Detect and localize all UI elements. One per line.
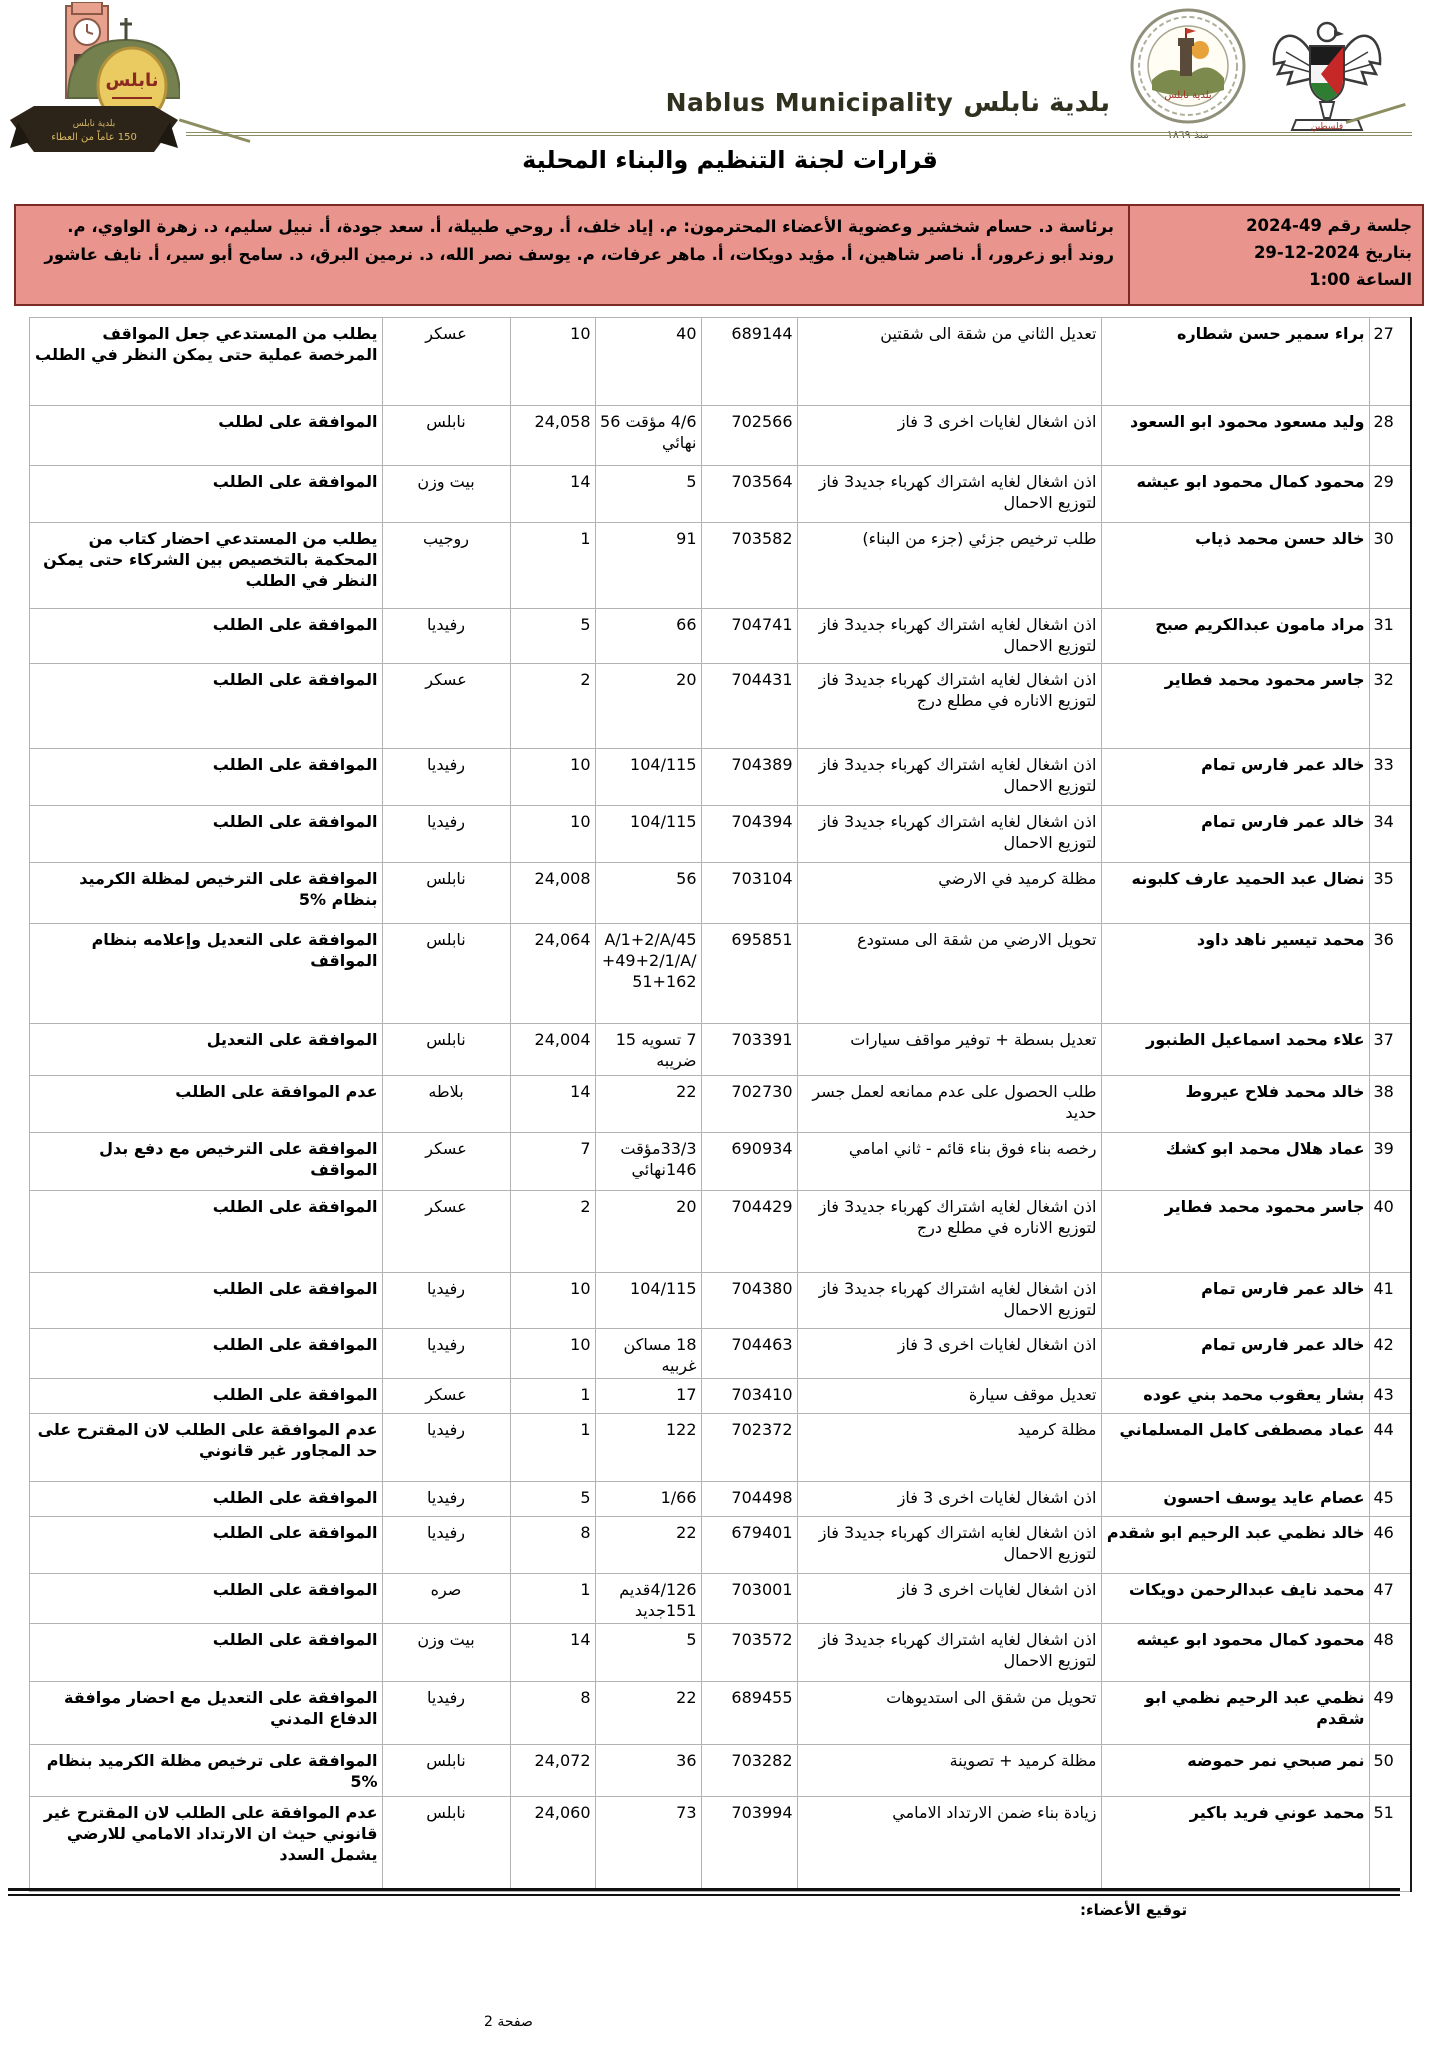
cell-num: 31 bbox=[1369, 609, 1411, 664]
cell-plot: 4/6 مؤقت 56 نهائي bbox=[595, 406, 701, 466]
cell-basin: 14 bbox=[510, 1076, 595, 1133]
cell-decision: عدم الموافقة على الطلب bbox=[29, 1076, 382, 1133]
cell-basin: 5 bbox=[510, 1482, 595, 1517]
svg-text:نابلس: نابلس bbox=[105, 70, 158, 91]
session-attendees: برئاسة د. حسام شخشير وعضوية الأعضاء المح… bbox=[16, 206, 1128, 304]
session-time: الساعة 1:00 bbox=[1136, 266, 1412, 293]
header-separator-line bbox=[186, 132, 1412, 136]
anniversary-tagline-top: بلدية نابلس bbox=[73, 119, 116, 129]
cell-request_no: 704389 bbox=[701, 749, 797, 806]
table-row: 36محمد تيسير ناهد داودتحويل الارضي من شق… bbox=[29, 924, 1411, 1024]
cell-num: 44 bbox=[1369, 1414, 1411, 1482]
cell-plot: 5 bbox=[595, 1624, 701, 1682]
cell-request_no: 703410 bbox=[701, 1379, 797, 1414]
cell-location: نابلس bbox=[382, 924, 510, 1024]
cell-subject: مظلة كرميد + تصوينة bbox=[797, 1745, 1101, 1797]
cell-request_no: 704429 bbox=[701, 1191, 797, 1273]
cell-location: عسكر bbox=[382, 1133, 510, 1191]
cell-basin: 10 bbox=[510, 1273, 595, 1329]
cell-name: بشار يعقوب محمد بني عوده bbox=[1101, 1379, 1369, 1414]
cell-location: رفيديا bbox=[382, 1273, 510, 1329]
cell-subject: اذن اشغال لغايات اخرى 3 فاز bbox=[797, 1574, 1101, 1624]
nablus-municipality-seal-icon: بلدية نابلس منذ ١٨٦٩ bbox=[1112, 6, 1264, 144]
cell-request_no: 703001 bbox=[701, 1574, 797, 1624]
cell-name: علاء محمد اسماعيل الطنبور bbox=[1101, 1024, 1369, 1076]
cell-request_no: 703994 bbox=[701, 1797, 797, 1892]
cell-num: 32 bbox=[1369, 664, 1411, 749]
session-date: بتاريخ 2024-12-29 bbox=[1136, 239, 1412, 266]
cell-decision: الموافقة على الطلب bbox=[29, 664, 382, 749]
municipality-brand: Nablus Municipality بلدية نابلس bbox=[610, 88, 1110, 118]
cell-basin: 14 bbox=[510, 466, 595, 523]
cell-subject: رخصه بناء فوق بناء قائم - ثاني امامي bbox=[797, 1133, 1101, 1191]
cell-name: وليد مسعود محمود ابو السعود bbox=[1101, 406, 1369, 466]
table-row: 43بشار يعقوب محمد بني عودهتعديل موقف سيا… bbox=[29, 1379, 1411, 1414]
cell-basin: 10 bbox=[510, 1329, 595, 1379]
svg-text:بلدية نابلس: بلدية نابلس bbox=[1164, 90, 1211, 101]
cell-subject: اذن اشغال لغايه اشتراك كهرباء جديد3 فاز … bbox=[797, 609, 1101, 664]
cell-decision: يطلب من المستدعي احضار كتاب من المحكمة ب… bbox=[29, 523, 382, 609]
cell-num: 29 bbox=[1369, 466, 1411, 523]
table-row: 29محمود كمال محمود ابو عيشهاذن اشغال لغا… bbox=[29, 466, 1411, 523]
bottom-double-rule bbox=[8, 1888, 1400, 1896]
cell-num: 30 bbox=[1369, 523, 1411, 609]
cell-basin: 14 bbox=[510, 1624, 595, 1682]
cell-subject: اذن اشغال لغايات اخرى 3 فاز bbox=[797, 406, 1101, 466]
cell-num: 51 bbox=[1369, 1797, 1411, 1892]
cell-decision: الموافقة على لطلب bbox=[29, 406, 382, 466]
cell-location: نابلس bbox=[382, 406, 510, 466]
cell-name: خالد محمد فلاح عيروط bbox=[1101, 1076, 1369, 1133]
decisions-table: 27براء سمير حسن شطارهتعديل الثاني من شقة… bbox=[29, 317, 1413, 1892]
decisions-table-wrap: 27براء سمير حسن شطارهتعديل الثاني من شقة… bbox=[30, 317, 1412, 1892]
cell-num: 36 bbox=[1369, 924, 1411, 1024]
cell-subject: طلب الحصول على عدم ممانعه لعمل جسر حديد bbox=[797, 1076, 1101, 1133]
cell-decision: الموافقة على التعديل مع احضار موافقة الد… bbox=[29, 1682, 382, 1745]
cell-name: خالد عمر فارس تمام bbox=[1101, 1329, 1369, 1379]
cell-basin: 8 bbox=[510, 1517, 595, 1574]
cell-location: رفيديا bbox=[382, 749, 510, 806]
cell-num: 41 bbox=[1369, 1273, 1411, 1329]
cell-decision: عدم الموافقة على الطلب لان المقترح على ح… bbox=[29, 1414, 382, 1482]
table-row: 45عصام عايد يوسف احسوناذن اشغال لغايات ا… bbox=[29, 1482, 1411, 1517]
session-number: جلسة رقم 49-2024 bbox=[1136, 212, 1412, 239]
cell-num: 49 bbox=[1369, 1682, 1411, 1745]
cell-decision: الموافقة على الترخيص لمظلة الكرميد بنظام… bbox=[29, 863, 382, 924]
table-row: 40جاسر محمود محمد فطايراذن اشغال لغايه ا… bbox=[29, 1191, 1411, 1273]
cell-num: 37 bbox=[1369, 1024, 1411, 1076]
cell-subject: تعديل بسطة + توفير مواقف سيارات bbox=[797, 1024, 1101, 1076]
cell-basin: 2 bbox=[510, 664, 595, 749]
cell-subject: طلب ترخيص جزئي (جزء من البناء) bbox=[797, 523, 1101, 609]
cell-subject: اذن اشغال لغايه اشتراك كهرباء جديد3 فاز … bbox=[797, 1191, 1101, 1273]
cell-plot: 73 bbox=[595, 1797, 701, 1892]
cell-request_no: 689144 bbox=[701, 318, 797, 406]
cell-name: محمود كمال محمود ابو عيشه bbox=[1101, 466, 1369, 523]
cell-decision: الموافقة على الطلب bbox=[29, 1379, 382, 1414]
cell-num: 42 bbox=[1369, 1329, 1411, 1379]
cell-num: 46 bbox=[1369, 1517, 1411, 1574]
cell-request_no: 703582 bbox=[701, 523, 797, 609]
cell-num: 47 bbox=[1369, 1574, 1411, 1624]
cell-num: 35 bbox=[1369, 863, 1411, 924]
session-info-bar: جلسة رقم 49-2024 بتاريخ 2024-12-29 الساع… bbox=[14, 204, 1424, 306]
cell-location: عسكر bbox=[382, 1379, 510, 1414]
cell-plot: 66 bbox=[595, 609, 701, 664]
cell-num: 48 bbox=[1369, 1624, 1411, 1682]
cell-decision: الموافقة على الطلب bbox=[29, 1273, 382, 1329]
signature-label: توقيع الأعضاء: bbox=[1040, 1901, 1400, 1919]
session-meta: جلسة رقم 49-2024 بتاريخ 2024-12-29 الساع… bbox=[1128, 206, 1422, 304]
cell-location: عسكر bbox=[382, 664, 510, 749]
cell-decision: الموافقة على الطلب bbox=[29, 466, 382, 523]
cell-subject: اذن اشغال لغايه اشتراك كهرباء جديد3 فاز … bbox=[797, 1624, 1101, 1682]
cell-request_no: 690934 bbox=[701, 1133, 797, 1191]
cell-name: عماد هلال محمد ابو كشك bbox=[1101, 1133, 1369, 1191]
cell-decision: الموافقة على الطلب bbox=[29, 806, 382, 863]
cell-plot: 104/115 bbox=[595, 806, 701, 863]
table-row: 27براء سمير حسن شطارهتعديل الثاني من شقة… bbox=[29, 318, 1411, 406]
cell-subject: مظلة كرميد bbox=[797, 1414, 1101, 1482]
cell-subject: اذن اشغال لغايات اخرى 3 فاز bbox=[797, 1482, 1101, 1517]
cell-plot: 122 bbox=[595, 1414, 701, 1482]
cell-basin: 24,008 bbox=[510, 863, 595, 924]
cell-plot: 17 bbox=[595, 1379, 701, 1414]
cell-name: نمر صبحي نمر حموضه bbox=[1101, 1745, 1369, 1797]
cell-basin: 10 bbox=[510, 749, 595, 806]
cell-decision: الموافقة على التعديل وإعلامه بنظام الموا… bbox=[29, 924, 382, 1024]
page-number: صفحة 2 bbox=[484, 2014, 533, 2030]
cell-location: رفيديا bbox=[382, 609, 510, 664]
cell-name: مراد مامون عبدالكريم صبح bbox=[1101, 609, 1369, 664]
cell-num: 34 bbox=[1369, 806, 1411, 863]
cell-request_no: 702566 bbox=[701, 406, 797, 466]
cell-decision: الموافقة على الترخيص مع دفع بدل المواقف bbox=[29, 1133, 382, 1191]
table-row: 44عماد مصطفى كامل المسلمانيمظلة كرميد702… bbox=[29, 1414, 1411, 1482]
cell-name: نضال عبد الحميد عارف كلبونه bbox=[1101, 863, 1369, 924]
cell-subject: اذن اشغال لغايه اشتراك كهرباء جديد3 فاز … bbox=[797, 466, 1101, 523]
table-row: 46خالد نظمي عبد الرحيم ابو شقدماذن اشغال… bbox=[29, 1517, 1411, 1574]
cell-name: عماد مصطفى كامل المسلماني bbox=[1101, 1414, 1369, 1482]
table-row: 48محمود كمال محمود ابو عيشهاذن اشغال لغا… bbox=[29, 1624, 1411, 1682]
cell-location: نابلس bbox=[382, 1024, 510, 1076]
cell-plot: 33/3مؤقت 146نهائي bbox=[595, 1133, 701, 1191]
cell-request_no: 704380 bbox=[701, 1273, 797, 1329]
table-row: 39عماد هلال محمد ابو كشكرخصه بناء فوق بن… bbox=[29, 1133, 1411, 1191]
cell-request_no: 703104 bbox=[701, 863, 797, 924]
cell-plot: 36 bbox=[595, 1745, 701, 1797]
cell-plot: 20 bbox=[595, 664, 701, 749]
table-row: 35نضال عبد الحميد عارف كلبونهمظلة كرميد … bbox=[29, 863, 1411, 924]
cell-plot: 22 bbox=[595, 1517, 701, 1574]
cell-request_no: 702372 bbox=[701, 1414, 797, 1482]
table-row: 37علاء محمد اسماعيل الطنبورتعديل بسطة + … bbox=[29, 1024, 1411, 1076]
cell-location: بيت وزن bbox=[382, 466, 510, 523]
cell-decision: الموافقة على الطلب bbox=[29, 1517, 382, 1574]
cell-decision: الموافقة على الطلب bbox=[29, 609, 382, 664]
table-row: 51محمد عوني فريد باكيرزيادة بناء ضمن الا… bbox=[29, 1797, 1411, 1892]
cell-location: صره bbox=[382, 1574, 510, 1624]
cell-plot: 56 bbox=[595, 863, 701, 924]
cell-basin: 1 bbox=[510, 1379, 595, 1414]
cell-basin: 8 bbox=[510, 1682, 595, 1745]
cell-name: محمود كمال محمود ابو عيشه bbox=[1101, 1624, 1369, 1682]
cell-plot: 40 bbox=[595, 318, 701, 406]
cell-request_no: 695851 bbox=[701, 924, 797, 1024]
cell-request_no: 702730 bbox=[701, 1076, 797, 1133]
cell-decision: الموافقة على ترخيص مظلة الكرميد بنظام %5 bbox=[29, 1745, 382, 1797]
anniversary-150-logo: 15 نابلس بلدية نابلس 150 عاماً من العطاء bbox=[8, 2, 180, 154]
cell-request_no: 704431 bbox=[701, 664, 797, 749]
cell-num: 33 bbox=[1369, 749, 1411, 806]
cell-location: بلاطه bbox=[382, 1076, 510, 1133]
cell-request_no: 703282 bbox=[701, 1745, 797, 1797]
cell-subject: اذن اشغال لغايه اشتراك كهرباء جديد3 فاز … bbox=[797, 1273, 1101, 1329]
cell-subject: تعديل الثاني من شقة الى شقتين bbox=[797, 318, 1101, 406]
cell-decision: الموافقة على الطلب bbox=[29, 1574, 382, 1624]
cell-basin: 24,072 bbox=[510, 1745, 595, 1797]
cell-location: نابلس bbox=[382, 863, 510, 924]
cell-name: محمد عوني فريد باكير bbox=[1101, 1797, 1369, 1892]
cell-plot: 1/66 bbox=[595, 1482, 701, 1517]
table-row: 32جاسر محمود محمد فطايراذن اشغال لغايه ا… bbox=[29, 664, 1411, 749]
cell-basin: 24,004 bbox=[510, 1024, 595, 1076]
cell-basin: 5 bbox=[510, 609, 595, 664]
cell-location: عسكر bbox=[382, 318, 510, 406]
cell-plot: 22 bbox=[595, 1682, 701, 1745]
cell-location: روجيب bbox=[382, 523, 510, 609]
anniversary-150-icon: 15 نابلس بلدية نابلس 150 عاماً من العطاء bbox=[8, 2, 180, 154]
document-page: 15 نابلس بلدية نابلس 150 عاماً من العطاء… bbox=[0, 0, 1439, 2048]
cell-decision: الموافقة على الطلب bbox=[29, 1329, 382, 1379]
cell-num: 40 bbox=[1369, 1191, 1411, 1273]
table-row: 34خالد عمر فارس تماماذن اشغال لغايه اشتر… bbox=[29, 806, 1411, 863]
cell-location: نابلس bbox=[382, 1797, 510, 1892]
cell-name: محمد تيسير ناهد داود bbox=[1101, 924, 1369, 1024]
cell-decision: الموافقة على الطلب bbox=[29, 1624, 382, 1682]
cell-subject: اذن اشغال لغايه اشتراك كهرباء جديد3 فاز … bbox=[797, 664, 1101, 749]
cell-request_no: 703564 bbox=[701, 466, 797, 523]
cell-basin: 24,060 bbox=[510, 1797, 595, 1892]
cell-plot: A/1+2/A/45+49+2/1/A/51+162 bbox=[595, 924, 701, 1024]
cell-plot: 18 مساكن غربيه bbox=[595, 1329, 701, 1379]
cell-decision: الموافقة على التعديل bbox=[29, 1024, 382, 1076]
cell-subject: تعديل موقف سيارة bbox=[797, 1379, 1101, 1414]
cell-name: جاسر محمود محمد فطاير bbox=[1101, 1191, 1369, 1273]
cell-num: 28 bbox=[1369, 406, 1411, 466]
page-title: قرارات لجنة التنظيم والبناء المحلية bbox=[390, 146, 1070, 174]
header-separator-diagonal-left bbox=[179, 118, 251, 143]
brand-english: Nablus Municipality bbox=[666, 88, 954, 117]
cell-basin: 24,058 bbox=[510, 406, 595, 466]
brand-arabic: بلدية نابلس bbox=[963, 88, 1110, 118]
cell-location: رفيديا bbox=[382, 1414, 510, 1482]
cell-request_no: 689455 bbox=[701, 1682, 797, 1745]
cell-request_no: 679401 bbox=[701, 1517, 797, 1574]
table-row: 28وليد مسعود محمود ابو السعوداذن اشغال ل… bbox=[29, 406, 1411, 466]
cell-num: 45 bbox=[1369, 1482, 1411, 1517]
cell-name: خالد عمر فارس تمام bbox=[1101, 1273, 1369, 1329]
cell-location: نابلس bbox=[382, 1745, 510, 1797]
cell-decision: الموافقة على الطلب bbox=[29, 1191, 382, 1273]
cell-subject: مظلة كرميد في الارضي bbox=[797, 863, 1101, 924]
cell-plot: 5 bbox=[595, 466, 701, 523]
cell-subject: اذن اشغال لغايه اشتراك كهرباء جديد3 فاز … bbox=[797, 806, 1101, 863]
cell-decision: عدم الموافقة على الطلب لان المقترح غير ق… bbox=[29, 1797, 382, 1892]
cell-num: 43 bbox=[1369, 1379, 1411, 1414]
cell-basin: 1 bbox=[510, 1574, 595, 1624]
cell-plot: 104/115 bbox=[595, 749, 701, 806]
cell-basin: 24,064 bbox=[510, 924, 595, 1024]
cell-name: نظمي عبد الرحيم نظمي ابو شقدم bbox=[1101, 1682, 1369, 1745]
cell-name: محمد نايف عبدالرحمن دويكات bbox=[1101, 1574, 1369, 1624]
cell-request_no: 704498 bbox=[701, 1482, 797, 1517]
cell-request_no: 703391 bbox=[701, 1024, 797, 1076]
svg-text:فلسطين: فلسطين bbox=[1311, 122, 1343, 132]
table-row: 42خالد عمر فارس تماماذن اشغال لغايات اخر… bbox=[29, 1329, 1411, 1379]
cell-decision: الموافقة على الطلب bbox=[29, 749, 382, 806]
cell-basin: 7 bbox=[510, 1133, 595, 1191]
cell-name: خالد حسن محمد ذياب bbox=[1101, 523, 1369, 609]
cell-decision: يطلب من المستدعي جعل المواقف المرخصة عمل… bbox=[29, 318, 382, 406]
cell-num: 50 bbox=[1369, 1745, 1411, 1797]
cell-basin: 1 bbox=[510, 1414, 595, 1482]
cell-name: خالد عمر فارس تمام bbox=[1101, 749, 1369, 806]
svg-text:15: 15 bbox=[8, 46, 10, 132]
decisions-table-body: 27براء سمير حسن شطارهتعديل الثاني من شقة… bbox=[29, 318, 1411, 1892]
cell-location: رفيديا bbox=[382, 1482, 510, 1517]
cell-location: عسكر bbox=[382, 1191, 510, 1273]
cell-request_no: 704463 bbox=[701, 1329, 797, 1379]
cell-subject: تحويل الارضي من شقة الى مستودع bbox=[797, 924, 1101, 1024]
cell-basin: 10 bbox=[510, 318, 595, 406]
cell-name: خالد عمر فارس تمام bbox=[1101, 806, 1369, 863]
cell-subject: اذن اشغال لغايه اشتراك كهرباء جديد3 فاز … bbox=[797, 749, 1101, 806]
table-row: 50نمر صبحي نمر حموضهمظلة كرميد + تصوينة7… bbox=[29, 1745, 1411, 1797]
cell-request_no: 703572 bbox=[701, 1624, 797, 1682]
cell-subject: اذن اشغال لغايات اخرى 3 فاز bbox=[797, 1329, 1101, 1379]
table-row: 41خالد عمر فارس تماماذن اشغال لغايه اشتر… bbox=[29, 1273, 1411, 1329]
cell-location: رفيديا bbox=[382, 806, 510, 863]
cell-basin: 1 bbox=[510, 523, 595, 609]
cell-decision: الموافقة على الطلب bbox=[29, 1482, 382, 1517]
cell-plot: 22 bbox=[595, 1076, 701, 1133]
cell-request_no: 704394 bbox=[701, 806, 797, 863]
cell-request_no: 704741 bbox=[701, 609, 797, 664]
cell-location: رفيديا bbox=[382, 1682, 510, 1745]
cell-plot: 104/115 bbox=[595, 1273, 701, 1329]
table-row: 38خالد محمد فلاح عيروططلب الحصول على عدم… bbox=[29, 1076, 1411, 1133]
cell-num: 39 bbox=[1369, 1133, 1411, 1191]
cell-name: خالد نظمي عبد الرحيم ابو شقدم bbox=[1101, 1517, 1369, 1574]
table-row: 47محمد نايف عبدالرحمن دويكاتاذن اشغال لغ… bbox=[29, 1574, 1411, 1624]
cell-basin: 10 bbox=[510, 806, 595, 863]
table-row: 31مراد مامون عبدالكريم صبحاذن اشغال لغاي… bbox=[29, 609, 1411, 664]
table-row: 30خالد حسن محمد ذيابطلب ترخيص جزئي (جزء … bbox=[29, 523, 1411, 609]
table-row: 49نظمي عبد الرحيم نظمي ابو شقدمتحويل من … bbox=[29, 1682, 1411, 1745]
cell-name: براء سمير حسن شطاره bbox=[1101, 318, 1369, 406]
cell-subject: اذن اشغال لغايه اشتراك كهرباء جديد3 فاز … bbox=[797, 1517, 1101, 1574]
cell-plot: 4/126قديم 151جديد bbox=[595, 1574, 701, 1624]
cell-location: رفيديا bbox=[382, 1517, 510, 1574]
cell-num: 27 bbox=[1369, 318, 1411, 406]
cell-subject: زيادة بناء ضمن الارتداد الامامي bbox=[797, 1797, 1101, 1892]
cell-location: رفيديا bbox=[382, 1329, 510, 1379]
cell-name: عصام عايد يوسف احسون bbox=[1101, 1482, 1369, 1517]
cell-num: 38 bbox=[1369, 1076, 1411, 1133]
cell-location: بيت وزن bbox=[382, 1624, 510, 1682]
cell-basin: 2 bbox=[510, 1191, 595, 1273]
cell-plot: 20 bbox=[595, 1191, 701, 1273]
cell-subject: تحويل من شقق الى استديوهات bbox=[797, 1682, 1101, 1745]
table-row: 33خالد عمر فارس تماماذن اشغال لغايه اشتر… bbox=[29, 749, 1411, 806]
cell-plot: 91 bbox=[595, 523, 701, 609]
cell-name: جاسر محمود محمد فطاير bbox=[1101, 664, 1369, 749]
cell-plot: 7 تسويه 15 ضريبه bbox=[595, 1024, 701, 1076]
